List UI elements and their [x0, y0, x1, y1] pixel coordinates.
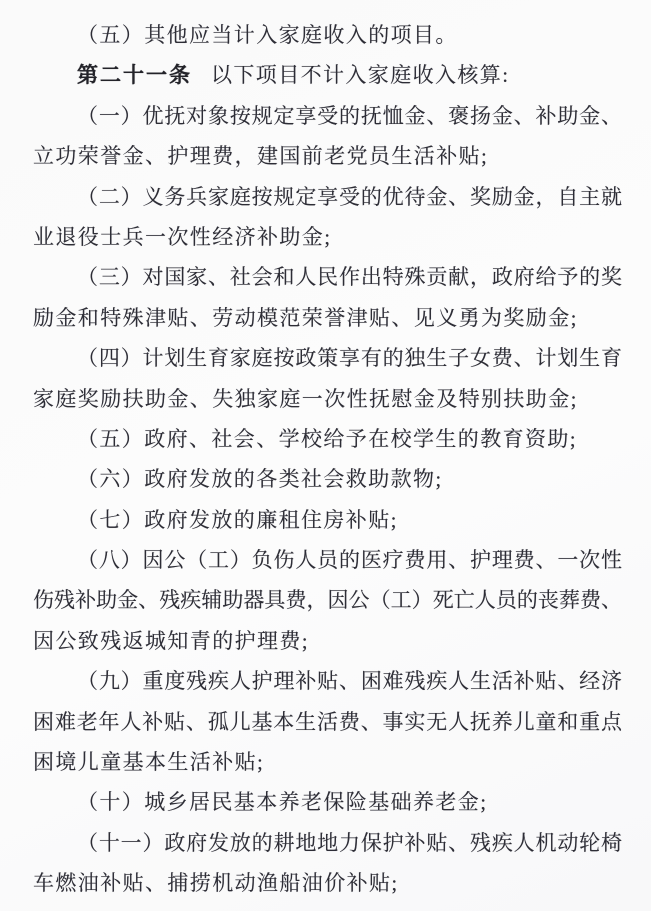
text-line: 困境儿童基本生活补贴; [33, 742, 622, 782]
text-line: （四）计划生育家庭按政策享有的独生子女费、计划生育 [33, 338, 622, 378]
text-line: 家庭奖励扶助金、失独家庭一次性抚慰金及特别扶助金; [33, 379, 622, 419]
text-line: （六）政府发放的各类社会救助款物; [33, 459, 622, 499]
text-line: 车燃油补贴、捕捞机动渔船油价补贴; [33, 863, 622, 903]
article-heading-text: 以下项目不计入家庭收入核算: [211, 63, 509, 87]
text-line: （五）政府、社会、学校给予在校学生的教育资助; [33, 419, 622, 459]
text-line: （二）义务兵家庭按规定享受的优待金、奖励金，自主就 [33, 177, 622, 217]
text-line: （五）其他应当计入家庭收入的项目。 [33, 15, 622, 55]
text-line: 业退役士兵一次性经济补助金; [33, 217, 622, 257]
text-line: 困难老年人补贴、孤儿基本生活费、事实无人抚养儿童和重点 [33, 702, 622, 742]
text-line: （三）对国家、社会和人民作出特殊贡献，政府给予的奖 [33, 257, 622, 297]
scanned-document-page: （五）其他应当计入家庭收入的项目。第二十一条以下项目不计入家庭收入核算:（一）优… [0, 0, 651, 911]
text-line: （八）因公（工）负伤人员的医疗费用、护理费、一次性 [33, 540, 622, 580]
text-line: 伤残补助金、残疾辅助器具费，因公（工）死亡人员的丧葬费、 [33, 580, 622, 620]
text-line: （九）重度残疾人护理补贴、困难残疾人生活补贴、经济 [33, 661, 622, 701]
article-heading-line: 第二十一条以下项目不计入家庭收入核算: [33, 55, 622, 95]
article-number: 第二十一条 [77, 64, 192, 87]
text-line: （十一）政府发放的耕地地力保护补贴、残疾人机动轮椅 [33, 823, 622, 863]
text-line: （十）城乡居民基本养老保险基础养老金; [33, 782, 622, 822]
text-line: （七）政府发放的廉租住房补贴; [33, 500, 622, 540]
text-line: 励金和特殊津贴、劳动模范荣誉津贴、见义勇为奖励金; [33, 298, 622, 338]
text-line: 因公致残返城知青的护理费; [33, 621, 622, 661]
document-body: （五）其他应当计入家庭收入的项目。第二十一条以下项目不计入家庭收入核算:（一）优… [33, 15, 622, 904]
text-line: 立功荣誉金、护理费，建国前老党员生活补贴; [33, 136, 622, 176]
text-line: （一）优抚对象按规定享受的抚恤金、褒扬金、补助金、 [33, 96, 622, 136]
